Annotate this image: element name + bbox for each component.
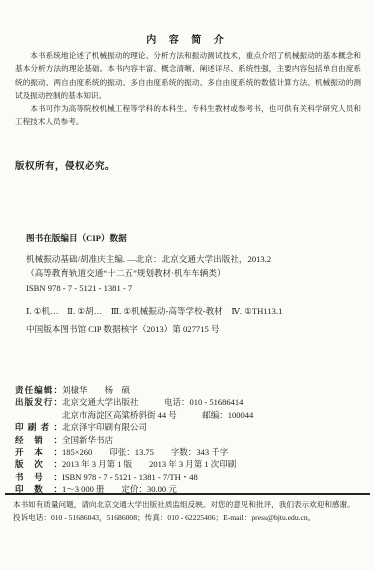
pub-value-address: 北京市海淀区高粱桥斜街 44 号 邮编：100044 xyxy=(62,410,253,420)
cip-title-line: 机械振动基础/胡准庆主编. —北京：北京交通大学出版社，2013.2 xyxy=(26,252,365,267)
pub-value-format: 185×260 印张：13.75 字数：343 千字 xyxy=(62,447,228,457)
intro-body: 本书系统地论述了机械振动的理论、分析方法和振动测试技术，重点介绍了机械振动的基本… xyxy=(15,49,361,129)
pub-label-format: 开本： xyxy=(15,446,62,458)
pub-row-format: 开本：185×260 印张：13.75 字数：343 千字 xyxy=(15,446,367,458)
pub-row-address: 北京市海淀区高粱桥斜街 44 号 邮编：100044 xyxy=(15,409,367,421)
pub-value-printer: 北京泽宇印刷有限公司 xyxy=(62,422,147,432)
cip-classification-line: Ⅰ. ①机… Ⅱ. ①胡… Ⅲ. ①机械振动-高等学校-教材 Ⅳ. ①TH113… xyxy=(26,304,365,319)
footer-contact-line: 投诉电话：010 - 51686043，51686008；传真：010 - 62… xyxy=(13,511,367,524)
copyright-notice: 版权所有，侵权必究。 xyxy=(15,158,115,172)
footer-divider xyxy=(5,493,370,495)
pub-label-edition: 版次： xyxy=(15,458,62,470)
pub-value-book-number: ISBN 978 - 7 - 5121 - 1381 - 7/TH・48 xyxy=(62,472,198,482)
intro-paragraph-1: 本书系统地论述了机械振动的理论、分析方法和振动测试技术，重点介绍了机械振动的基本… xyxy=(15,49,361,102)
pub-row-edition: 版次：2013 年 3 月第 1 版 2013 年 3 月第 1 次印刷 xyxy=(15,458,367,470)
intro-paragraph-2: 本书可作为高等院校机械工程等学科的本科生、专科生教材或参考书，也可供有关科学研究… xyxy=(15,102,361,129)
pub-label-publisher: 出版发行： xyxy=(15,396,62,408)
pub-row-distributor: 经销：全国新华书店 xyxy=(15,434,367,446)
pub-label-printer: 印刷者： xyxy=(15,421,62,433)
pub-row-editor: 责任编辑：刘棣华 杨 硕 xyxy=(15,384,367,396)
pub-row-publisher: 出版发行：北京交通大学出版社 电话：010 - 51686414 xyxy=(15,396,367,408)
pub-value-editor: 刘棣华 杨 硕 xyxy=(62,385,130,395)
cip-isbn-line: ISBN 978 - 7 - 5121 - 1381 - 7 xyxy=(26,281,365,296)
pub-value-distributor: 全国新华书店 xyxy=(62,435,113,445)
cip-heading: 图书在版编目（CIP）数据 xyxy=(26,231,365,246)
cip-record-line: 中国版本图书馆 CIP 数据核字（2013）第 027715 号 xyxy=(26,322,365,337)
pub-value-publisher: 北京交通大学出版社 电话：010 - 51686414 xyxy=(62,397,243,407)
cip-block: 图书在版编目（CIP）数据 机械振动基础/胡准庆主编. —北京：北京交通大学出版… xyxy=(26,231,365,336)
cip-series-line: （高等教育轨道交通“十二五”规划教材·机车车辆类） xyxy=(26,266,365,281)
pub-label-distributor: 经销： xyxy=(15,434,62,446)
publishing-info-block: 责任编辑：刘棣华 杨 硕 出版发行：北京交通大学出版社 电话：010 - 516… xyxy=(15,384,367,496)
footer-note: 本书如有质量问题，请向北京交通大学出版社质监组反映。对您的意见和批评，我们表示欢… xyxy=(13,498,367,524)
intro-heading: 内 容 简 介 xyxy=(0,31,375,46)
pub-label-editor: 责任编辑： xyxy=(15,384,62,396)
pub-value-edition: 2013 年 3 月第 1 版 2013 年 3 月第 1 次印刷 xyxy=(62,459,236,469)
pub-row-printer: 印刷者：北京泽宇印刷有限公司 xyxy=(15,421,367,433)
footer-quality-line: 本书如有质量问题，请向北京交通大学出版社质监组反映。对您的意见和批评，我们表示欢… xyxy=(13,498,367,511)
pub-label-book-number: 书号： xyxy=(15,471,62,483)
pub-row-book-number: 书号：ISBN 978 - 7 - 5121 - 1381 - 7/TH・48 xyxy=(15,471,367,483)
book-copyright-page: 内 容 简 介 本书系统地论述了机械振动的理论、分析方法和振动测试技术，重点介绍… xyxy=(0,0,375,570)
